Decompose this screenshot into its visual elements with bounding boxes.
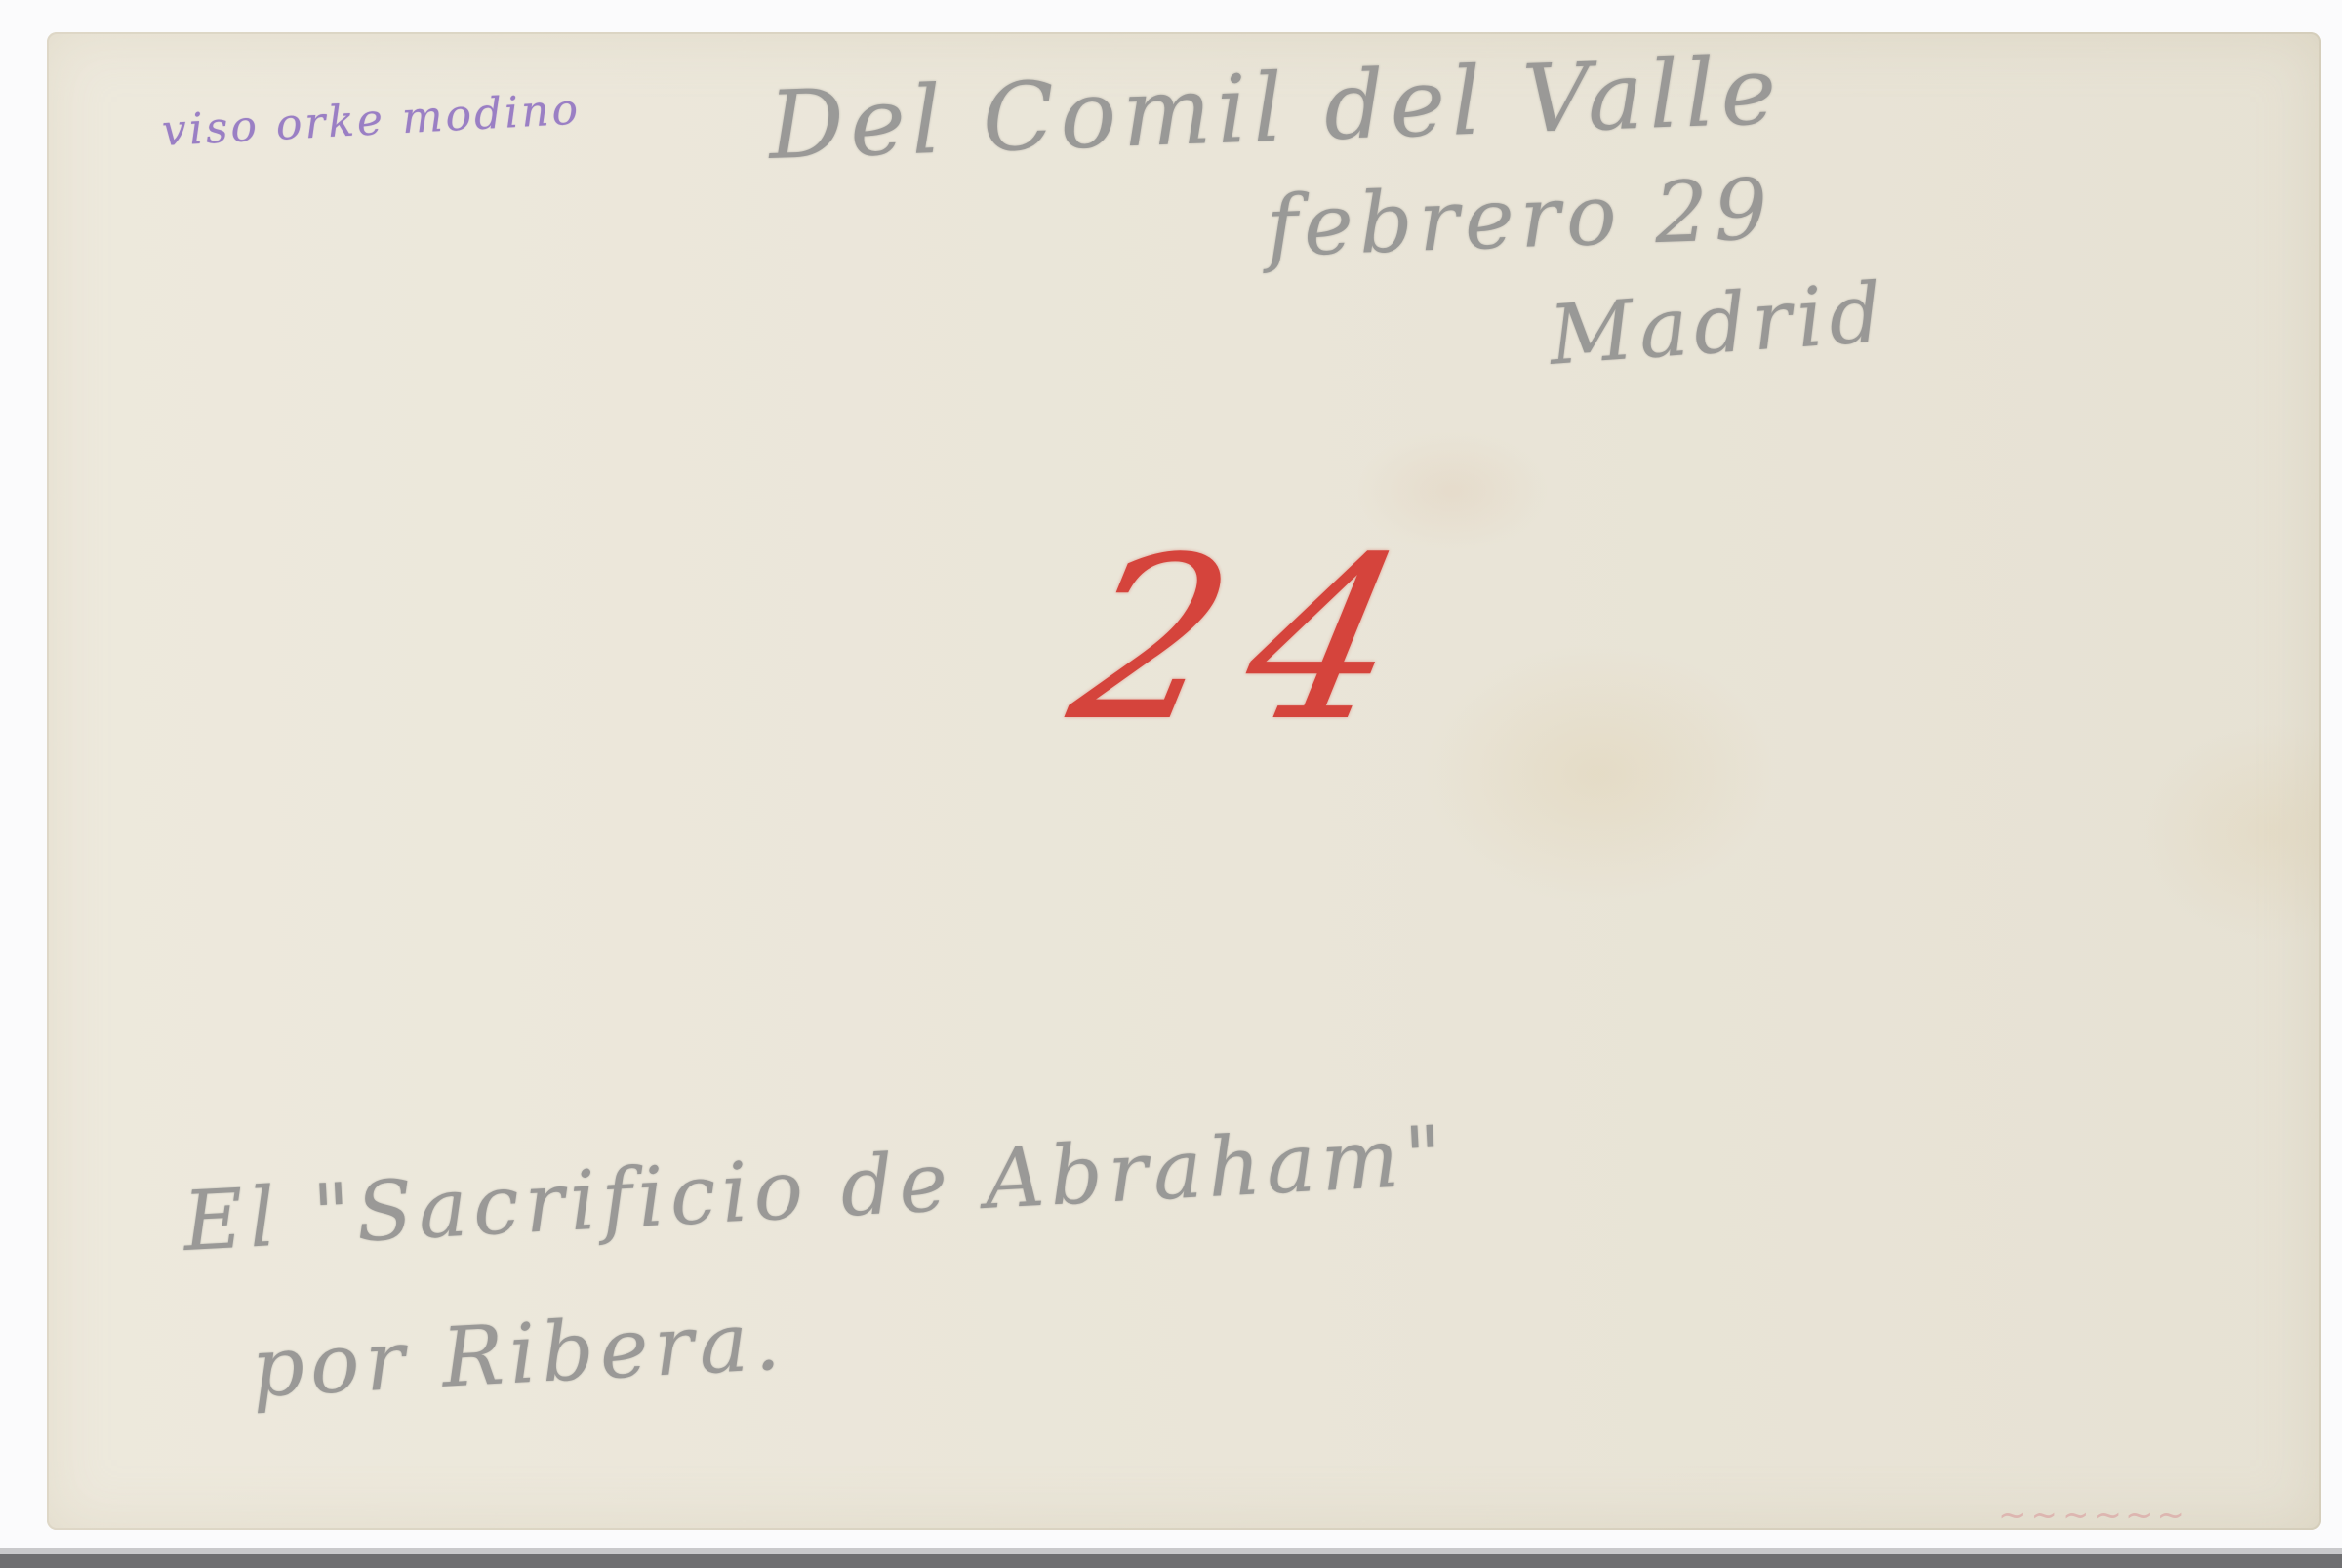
- red-crayon-number: 24: [1054, 510, 1453, 771]
- pencil-header-line-1: Del Comil del Valle: [767, 36, 1784, 181]
- scanner-edge-light: [0, 1548, 2342, 1554]
- faint-red-stamp-trace: ~~~~~~: [1999, 1496, 2189, 1530]
- pencil-header-line-3: Madrid: [1547, 264, 1891, 383]
- photo-card-back: viso orke modino Del Comil del Valle feb…: [47, 32, 2321, 1530]
- pencil-caption-line-1: El "Sacrificio de Abraham": [181, 1107, 1450, 1269]
- pencil-header-line-2: febrero 29: [1265, 161, 1775, 276]
- pencil-caption-line-2: por Ribera.: [249, 1292, 787, 1416]
- scanner-edge-dark: [0, 1554, 2342, 1568]
- violet-handwritten-note: viso orke modino: [161, 85, 583, 156]
